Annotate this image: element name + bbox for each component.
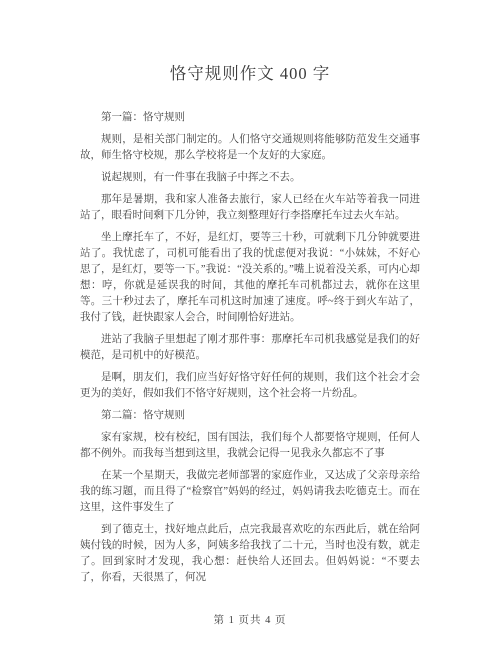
paragraph: 说起规则，有一件事在我脑子中挥之不去。: [80, 170, 420, 186]
paragraph: 第一篇：恪守规则: [80, 110, 420, 126]
paragraph: 是啊，朋友们，我们应当好好恪守好任何的规则，我们这个社会才会更为的美好，假如我们…: [80, 370, 420, 402]
paragraph: 规则，是相关部门制定的。人们恪守交通规则将能够防范发生交通事故，师生恪守校规，那…: [80, 132, 420, 164]
page-footer: 第 1 页共 4 页: [0, 612, 500, 627]
paragraph: 在某一个星期天，我做完老师部署的家庭作业，又达成了父亲母亲给我的练习题，而且得了…: [80, 468, 420, 516]
paragraph: 进站了我脑子里想起了刚才那件事：那摩托车司机我感觉是我们的好模范，是司机中的好模…: [80, 332, 420, 364]
paragraph: 到了德克士，找好地点此后，点完我最喜欢吃的东西此后，就在给阿姨付钱的时候，因为人…: [80, 522, 420, 586]
paragraph: 那年是暑期，我和家人准备去旅行，家人已经在火车站等着我一同进站了，眼看时间剩下几…: [80, 192, 420, 224]
document-page: 恪守规则作文 400 字 第一篇：恪守规则规则，是相关部门制定的。人们恪守交通规…: [0, 0, 500, 647]
essay-body: 第一篇：恪守规则规则，是相关部门制定的。人们恪守交通规则将能够防范发生交通事故，…: [80, 110, 420, 586]
paragraph: 家有家规，校有校纪，国有国法，我们每个人都要恪守规则，任何人都不例外。而我每当想…: [80, 430, 420, 462]
paragraph: 坐上摩托车了，不好，是红灯，要等三十秒，可就剩下几分钟就要进站了。我忧虑了，司机…: [80, 230, 420, 326]
paragraph: 第二篇：恪守规则: [80, 408, 420, 424]
document-title: 恪守规则作文 400 字: [0, 0, 500, 84]
